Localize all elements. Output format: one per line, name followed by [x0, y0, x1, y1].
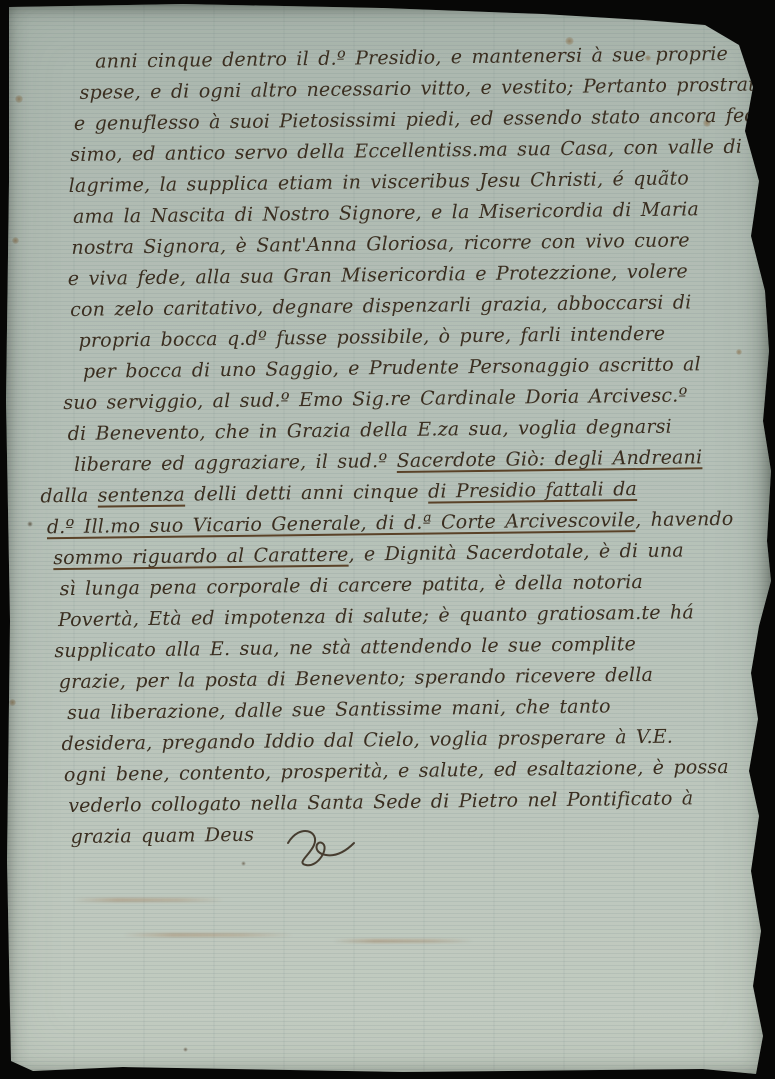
fox-spot	[15, 95, 23, 103]
manuscript-paper: anni cinque dentro il d.º Presidio, e ma…	[3, 1, 773, 1078]
scan-background: anni cinque dentro il d.º Presidio, e ma…	[0, 0, 775, 1079]
text-block: anni cinque dentro il d.º Presidio, e ma…	[65, 39, 747, 853]
age-smudge	[73, 898, 223, 902]
age-smudge	[123, 933, 293, 937]
age-smudge	[333, 939, 473, 943]
fox-spot	[27, 521, 33, 527]
fox-spot	[241, 861, 246, 866]
fox-spot	[9, 699, 16, 706]
fox-spot	[12, 237, 19, 244]
fox-spot	[183, 1047, 188, 1052]
